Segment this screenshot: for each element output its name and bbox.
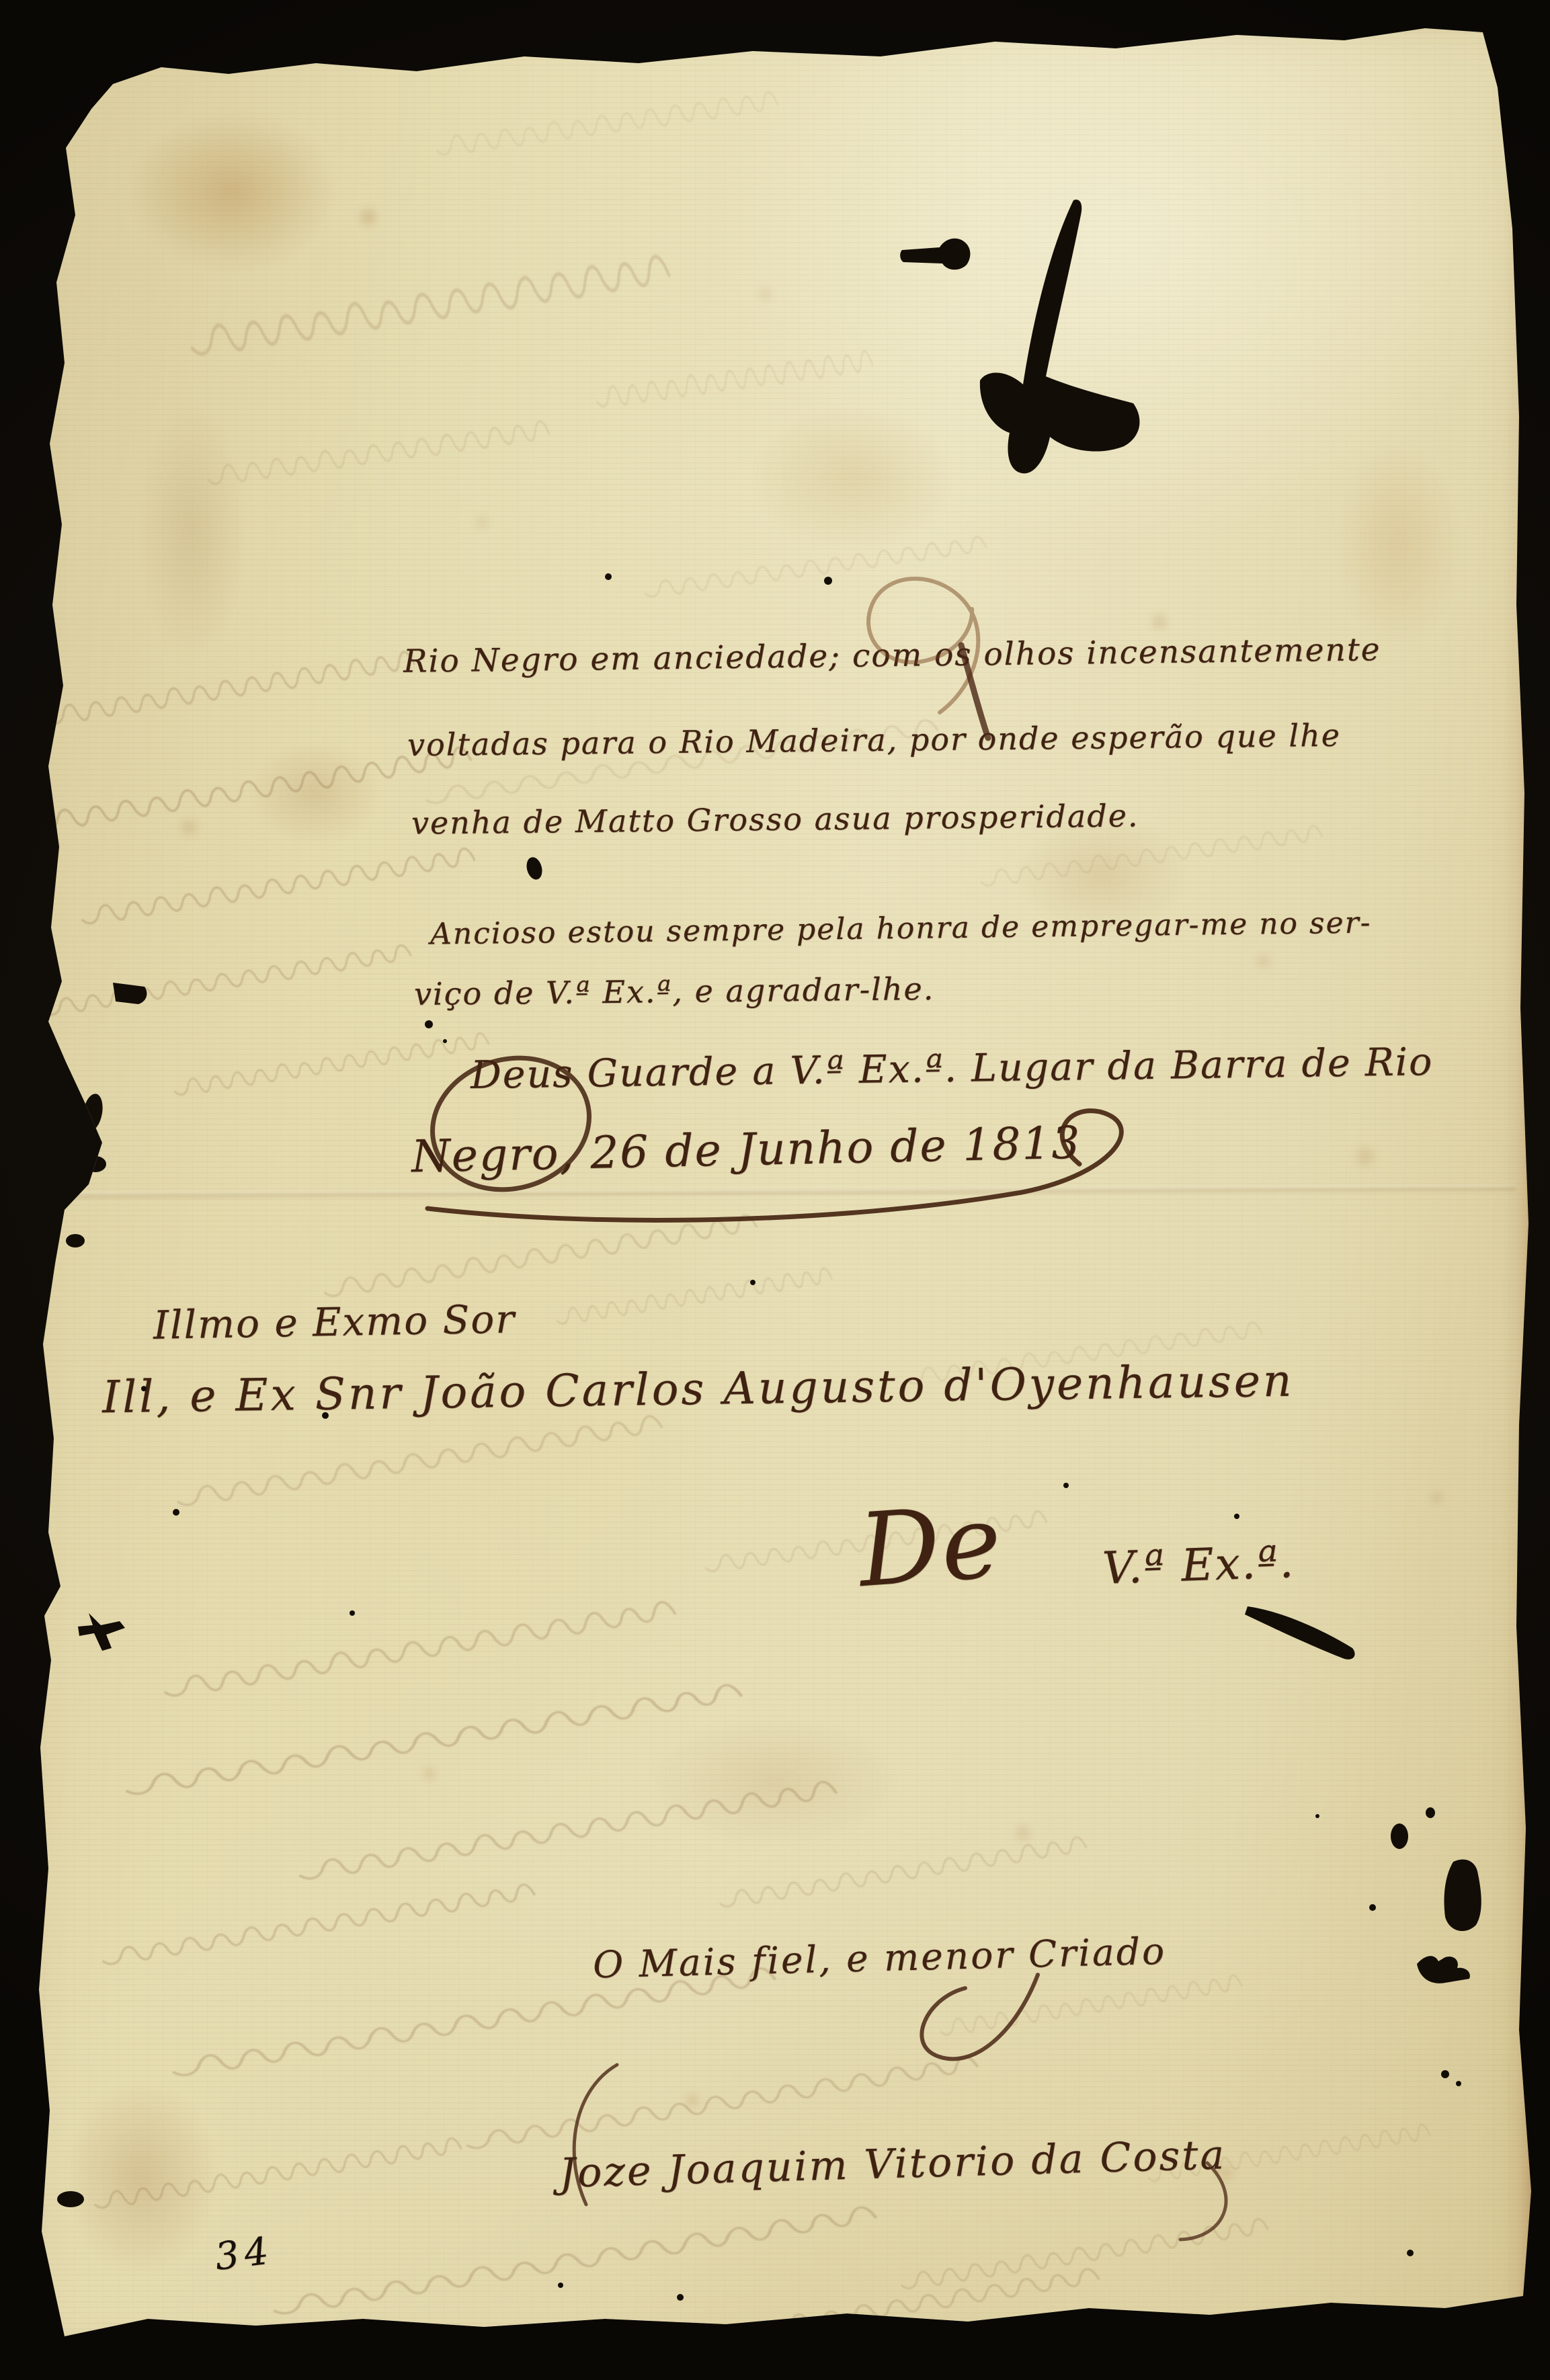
- photo-backdrop: Rio Negro em anciedade; com os olhos inc…: [0, 0, 1550, 2380]
- paper-edge-shading: [0, 0, 1550, 2380]
- paper-sheet: Rio Negro em anciedade; com os olhos inc…: [0, 0, 1550, 2380]
